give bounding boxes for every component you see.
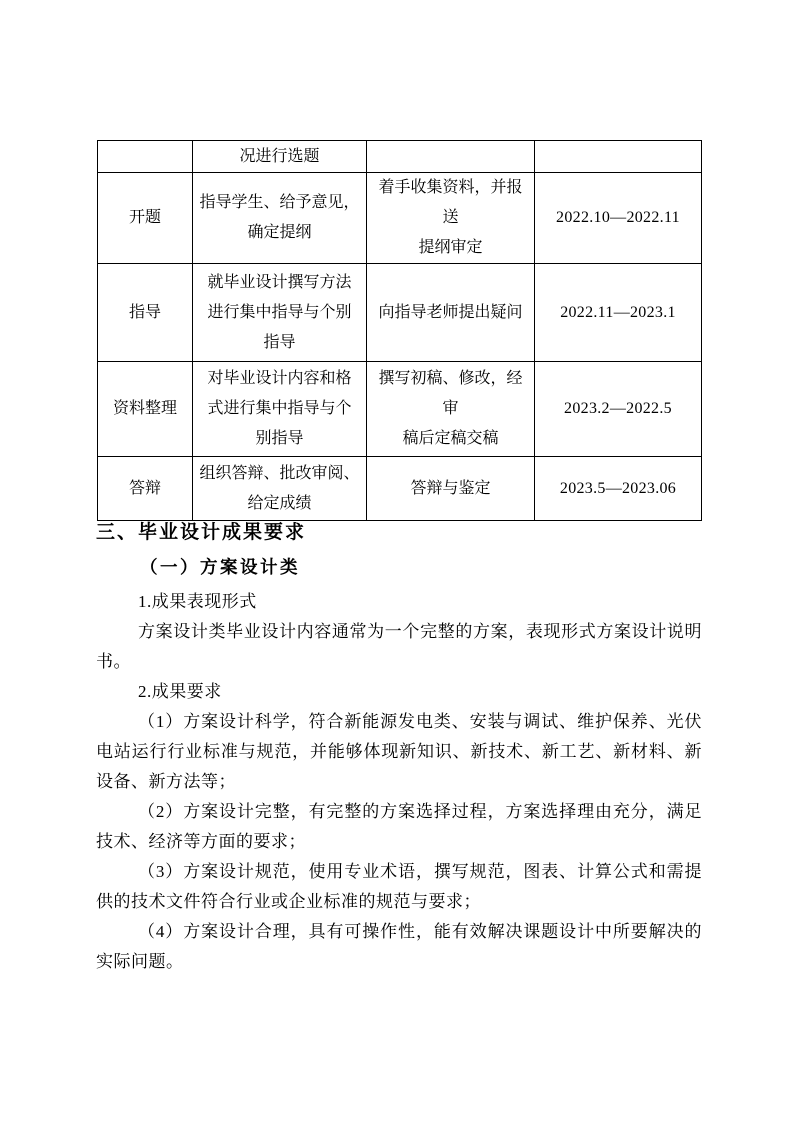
teacher-task-cell: 对毕业设计内容和格 式进行集中指导与个 别指导	[193, 362, 367, 457]
dates-cell: 2022.10—2022.11	[535, 173, 702, 264]
dates-cell: 2023.2—2022.5	[535, 362, 702, 457]
dates-cell: 2023.5—2023.06	[535, 457, 702, 521]
document-page: 况进行选题 开题 指导学生、给予意见， 确定提纲 着手收集资料，并报送 提纲审定…	[0, 0, 793, 1122]
table-row: 指导 就毕业设计撰写方法 进行集中指导与个别 指导 向指导老师提出疑问 2022…	[98, 264, 702, 362]
stage-cell: 资料整理	[98, 362, 193, 457]
teacher-task-cell: 组织答辩、批改审阅、 给定成绩	[193, 457, 367, 521]
table-row: 开题 指导学生、给予意见， 确定提纲 着手收集资料，并报送 提纲审定 2022.…	[98, 173, 702, 264]
paragraph-requirement-1: （1）方案设计科学，符合新能源发电类、安装与调试、维护保养、光伏电站运行行业标准…	[96, 707, 702, 797]
table-row: 答辩 组织答辩、批改审阅、 给定成绩 答辩与鉴定 2023.5—2023.06	[98, 457, 702, 521]
stage-cell: 答辩	[98, 457, 193, 521]
teacher-task-cell: 况进行选题	[193, 141, 367, 173]
dates-cell	[535, 141, 702, 173]
student-task-cell	[367, 141, 535, 173]
stage-cell	[98, 141, 193, 173]
paragraph-requirement-3: （3）方案设计规范，使用专业术语，撰写规范，图表、计算公式和需提供的技术文件符合…	[96, 857, 702, 917]
stage-cell: 指导	[98, 264, 193, 362]
table-row: 况进行选题	[98, 141, 702, 173]
teacher-task-cell: 就毕业设计撰写方法 进行集中指导与个别 指导	[193, 264, 367, 362]
paragraph-result-requirements-title: 2.成果要求	[96, 677, 702, 707]
dates-cell: 2022.11—2023.1	[535, 264, 702, 362]
student-task-cell: 答辩与鉴定	[367, 457, 535, 521]
paragraph-requirement-2: （2）方案设计完整，有完整的方案选择过程，方案选择理由充分，满足技术、经济等方面…	[96, 797, 702, 857]
paragraph-result-form-title: 1.成果表现形式	[96, 587, 702, 617]
table-row: 资料整理 对毕业设计内容和格 式进行集中指导与个 别指导 撰写初稿、修改，经审 …	[98, 362, 702, 457]
student-task-cell: 着手收集资料，并报送 提纲审定	[367, 173, 535, 264]
section-subheading: （一）方案设计类	[140, 555, 702, 580]
student-task-cell: 撰写初稿、修改，经审 稿后定稿交稿	[367, 362, 535, 457]
stage-cell: 开题	[98, 173, 193, 264]
paragraph-result-form-body: 方案设计类毕业设计内容通常为一个完整的方案，表现形式方案设计说明书。	[96, 617, 702, 677]
section-heading: 三、毕业设计成果要求	[96, 520, 702, 546]
schedule-table: 况进行选题 开题 指导学生、给予意见， 确定提纲 着手收集资料，并报送 提纲审定…	[97, 140, 702, 521]
results-requirements-section: 三、毕业设计成果要求 （一）方案设计类 1.成果表现形式 方案设计类毕业设计内容…	[96, 520, 702, 977]
paragraph-requirement-4: （4）方案设计合理，具有可操作性，能有效解决课题设计中所要解决的实际问题。	[96, 917, 702, 977]
teacher-task-cell: 指导学生、给予意见， 确定提纲	[193, 173, 367, 264]
student-task-cell: 向指导老师提出疑问	[367, 264, 535, 362]
